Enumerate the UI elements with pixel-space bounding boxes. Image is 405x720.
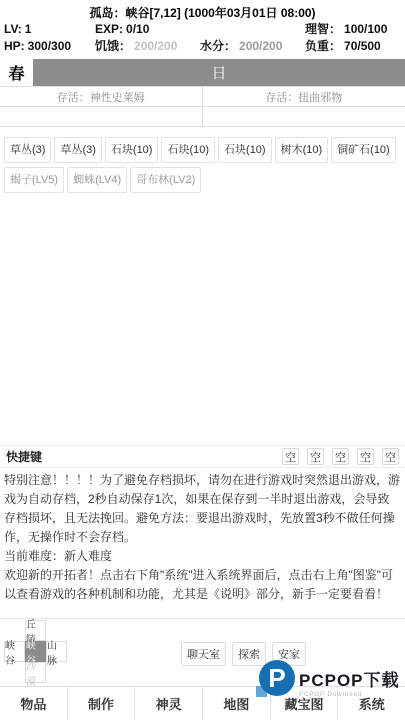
bottom-panel-divider xyxy=(0,618,405,619)
resource-button-stone-2[interactable]: 石块(10) xyxy=(161,137,215,163)
hotkey-bar: 快捷键 空 空 空 空 空 xyxy=(0,445,405,468)
season-day-bar: 春 日 xyxy=(0,59,405,86)
notice-warning: 特别注意！！！！为了避免存档损坏，请勿在进行游戏时突然退出游戏，游戏为自动存档，… xyxy=(4,471,401,547)
stat-exp: EXP: 0/10 xyxy=(95,20,200,37)
notice-block: 特别注意！！！！为了避免存档损坏，请勿在进行游戏时突然退出游戏，游戏为自动存档，… xyxy=(0,468,405,604)
stats-grid: LV: 1 EXP: 0/10 理智： 100/100 HP: 300/300 … xyxy=(0,18,405,58)
survive-cell-slime: 存活：神性史莱姆 xyxy=(0,87,203,107)
map-cell-west-canyon[interactable]: 峡谷 xyxy=(4,641,25,662)
stat-load: 负重： 70/500 xyxy=(305,37,405,54)
stat-hp: HP: 300/300 xyxy=(4,37,95,54)
stat-sanity: 理智： 100/100 xyxy=(305,20,405,37)
resource-node-row: 草丛(3) 草丛(3) 石块(10) 石块(10) 石块(10) 树木(10) … xyxy=(0,137,405,163)
watermark-sub-text: PCPOP Download xyxy=(299,692,400,698)
creature-button-scorpion[interactable]: 蝎子(LV5) xyxy=(4,167,64,193)
map-cell-east-mountains[interactable]: 山脉 xyxy=(46,641,67,662)
resource-button-grass-2[interactable]: 草丛(3) xyxy=(54,137,101,163)
resource-button-copper-ore[interactable]: 铜矿石(10) xyxy=(331,137,396,163)
resource-button-stone-3[interactable]: 石块(10) xyxy=(218,137,272,163)
survive-cell-evil: 存活：扭曲邪物 xyxy=(203,87,405,107)
creature-button-goblin[interactable]: 哥布林(LV2) xyxy=(130,167,201,193)
pcpop-logo-icon: P xyxy=(256,660,295,699)
creature-button-spider[interactable]: 蜘蛛(LV4) xyxy=(67,167,127,193)
hotkey-label: 快捷键 xyxy=(6,448,274,465)
nav-item-deities[interactable]: 神灵 xyxy=(134,687,202,720)
resource-button-grass-1[interactable]: 草丛(3) xyxy=(4,137,51,163)
pcpop-watermark: P PCPOP下载 PCPOP Download xyxy=(256,660,400,699)
location-title: 孤岛：峡谷[7,12] (1000年03月01日 08:00) xyxy=(0,0,405,18)
stat-water: 水分： 200/200 xyxy=(200,37,305,54)
hotkey-slot-4[interactable]: 空 xyxy=(357,448,374,465)
tab-season-spring[interactable]: 春 xyxy=(0,59,33,86)
stat-hunger: 饥饿： 200/200 xyxy=(95,37,200,54)
survive-cell-empty-2 xyxy=(203,107,405,127)
game-screen: 孤岛：峡谷[7,12] (1000年03月01日 08:00) LV: 1 EX… xyxy=(0,0,405,720)
notice-welcome: 欢迎新的开拓者！点击右下角"系统"进入系统界面后，点击右上角"图鉴"可以查看游戏… xyxy=(4,566,401,604)
survive-table: 存活：神性史莱姆 存活：扭曲邪物 xyxy=(0,86,405,127)
hotkey-slot-3[interactable]: 空 xyxy=(332,448,349,465)
stat-empty xyxy=(200,20,305,37)
stat-lv: LV: 1 xyxy=(4,20,95,37)
map-cell-south-desert[interactable]: 沙漠 xyxy=(25,662,46,683)
survive-cell-empty-1 xyxy=(0,107,203,127)
nav-item-items[interactable]: 物品 xyxy=(0,687,67,720)
notice-difficulty: 当前难度：新人难度 xyxy=(4,547,401,566)
hotkey-slot-2[interactable]: 空 xyxy=(307,448,324,465)
day-header-bar[interactable]: 日 xyxy=(33,59,405,86)
hotkey-slot-1[interactable]: 空 xyxy=(282,448,299,465)
watermark-brand-text: PCPOP下载 xyxy=(299,666,400,691)
nav-item-craft[interactable]: 制作 xyxy=(67,687,135,720)
creature-row: 蝎子(LV5) 蜘蛛(LV4) 哥布林(LV2) xyxy=(0,167,405,193)
chat-room-button[interactable]: 聊天室 xyxy=(181,642,226,666)
resource-button-tree[interactable]: 树木(10) xyxy=(275,137,329,163)
hotkey-slot-5[interactable]: 空 xyxy=(382,448,399,465)
resource-button-stone-1[interactable]: 石块(10) xyxy=(105,137,159,163)
